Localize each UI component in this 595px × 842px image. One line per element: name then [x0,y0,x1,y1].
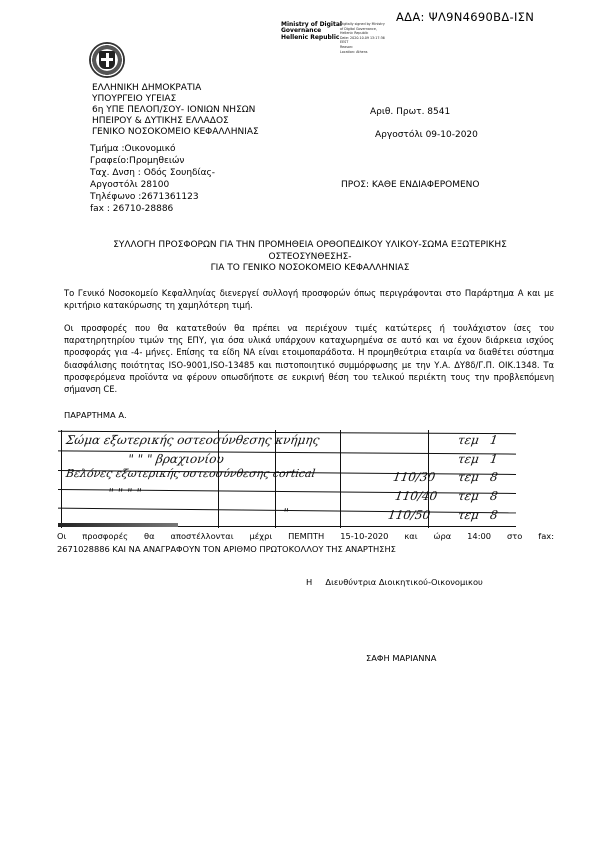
item-qty: 8 [489,470,499,484]
protocol-number: Αριθ. Πρωτ. 8541 [370,107,450,118]
signatory-name: ΣΑΦΗ ΜΑΡΙΑΝΝΑ [366,652,436,664]
deadline-line-1: Οι προσφορές θα αποστέλλονται μέχρι ΠΕΜΠ… [57,530,554,542]
item-description: " [282,506,289,520]
sender-line: ΓΕΝΙΚΟ ΝΟΣΟΚΟΜΕΙΟ ΚΕΦΑΛΛΗΝΙΑΣ [92,127,259,138]
document-title: ΣΥΛΛΟΓΗ ΠΡΟΣΦΟΡΩΝ ΓΙΑ ΤΗΝ ΠΡΟΜΗΘΕΙΑ ΟΡΘΟ… [60,240,560,275]
annex-table: Σώμα εξωτερικής οστεοσύνθεσης κνήμης τεμ… [58,430,520,528]
sender-line: ΗΠΕΙΡΟΥ & ΔΥΤΙΚΗΣ ΕΛΛΑΔΟΣ [92,116,259,127]
stamp-line: Hellenic Republic [281,35,342,41]
annex-label: ΠΑΡΑΡΤΗΜΑ Α. [64,409,127,421]
item-qty: 8 [489,489,499,503]
sender-line: 6η ΥΠΕ ΠΕΛΟΠ/ΣΟΥ- ΙΟΝΙΩΝ ΝΗΣΩΝ [92,105,259,116]
scan-shadow [58,523,178,527]
office: Γραφείο:Προμηθειών [90,155,215,167]
title-line: ΓΙΑ ΤΟ ΓΕΝΙΚΟ ΝΟΣΟΚΟΜΕΙΟ ΚΕΦΑΛΛΗΝΙΑΣ [60,263,560,275]
item-unit: τεμ [457,452,480,466]
signature-stamp-details: Digitally signed by Ministry of Digital … [340,22,385,54]
title-line: ΟΣΤΕΟΣΥΝΘΕΣΗΣ- [60,252,560,264]
item-size: 110/50 [387,508,431,522]
fax: fax : 26710-28886 [90,203,215,215]
paragraph-intro: Το Γενικό Νοσοκομείο Κεφαλληνίας διενεργ… [64,287,554,311]
item-unit: τεμ [457,470,480,484]
postal-address: Ταχ. Δνση : Οδός Σουηδίας- [90,167,215,179]
greek-coat-of-arms-icon [89,42,125,78]
item-size: 110/40 [394,489,438,503]
deadline-line-2: 2671028886 ΚΑΙ ΝΑ ΑΝΑΓΡΑΦΟΥΝ ΤΟΝ ΑΡΙΘΜΟ … [57,543,396,555]
stamp-detail-line: Location: Athens [340,50,385,55]
sender-line: ΕΛΛΗΝΙΚΗ ΔΗΜΟΚΡΑΤΙΑ [92,83,259,94]
stamp-detail-line: Digitally signed by Ministry [340,22,385,27]
paragraph-requirements: Οι προσφορές που θα κατατεθούν θα πρέπει… [64,322,554,395]
department: Τμήμα :Οικονομικό [90,143,215,155]
place-date: Αργοστόλι 09-10-2020 [375,130,478,141]
recipient: ΠΡΟΣ: ΚΑΘΕ ΕΝΔΙΑΦΕΡΟΜΕΝΟ [341,180,480,191]
sender-line: ΥΠΟΥΡΓΕΙΟ ΥΓΕΙΑΣ [92,94,259,105]
title-line: ΣΥΛΛΟΓΗ ΠΡΟΣΦΟΡΩΝ ΓΙΑ ΤΗΝ ΠΡΟΜΗΘΕΙΑ ΟΡΘΟ… [60,240,560,252]
ada-code: ΑΔΑ: ΨΛ9Ν4690ΒΔ-ΙΣΝ [396,10,534,24]
item-description: Βελόνες εξωτερικής οστεοσύνθεσης cortica… [65,467,316,480]
item-description: " " " " [107,486,142,500]
item-unit: τεμ [457,508,480,522]
city-postcode: Αργοστόλι 28100 [90,179,215,191]
phone: Τηλέφωνο :2671361123 [90,191,215,203]
item-qty: 8 [489,508,499,522]
item-description: Σώμα εξωτερικής οστεοσύνθεσης κνήμης [65,433,320,447]
item-unit: τεμ [457,433,480,447]
item-size: 110/30 [392,470,436,484]
signature-stamp-issuer: Ministry of Digital Governance Hellenic … [281,22,342,41]
sender-block: ΕΛΛΗΝΙΚΗ ΔΗΜΟΚΡΑΤΙΑ ΥΠΟΥΡΓΕΙΟ ΥΓΕΙΑΣ 6η … [96,83,259,138]
item-qty: 1 [489,433,499,447]
item-unit: τεμ [457,489,480,503]
sender-details: Τμήμα :Οικονομικό Γραφείο:Προμηθειών Ταχ… [90,143,215,215]
signatory-role: Η Διευθύντρια Διοικητικού-Οικονομικου [306,576,483,588]
item-description: " " " βραχιονίου [127,452,225,466]
item-qty: 1 [489,452,499,466]
